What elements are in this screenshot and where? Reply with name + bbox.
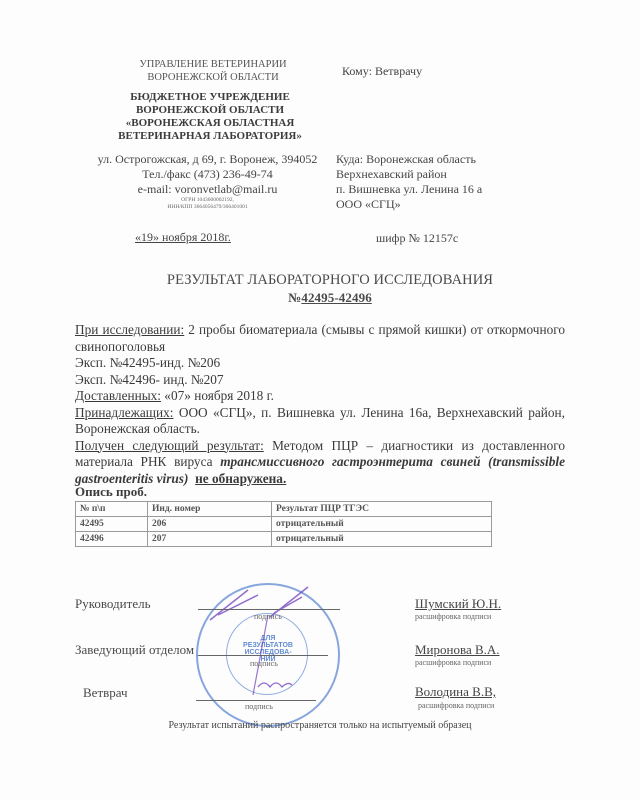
number-sign: № [288, 290, 301, 305]
sample-line: Эксп. №42495-инд. №206 [75, 355, 565, 372]
delivered-paragraph: Доставленных: «07» ноября 2018 г. [75, 388, 565, 405]
recipient-address-line: ООО «СГЦ» [336, 197, 482, 212]
table-cell: 42496 [76, 532, 148, 547]
title-number: №42495-42496 [100, 289, 560, 306]
virus-name-ru: трансмиссивного гастроэнтерита свиней [220, 454, 480, 469]
organization-name: БЮДЖЕТНОЕ УЧРЕЖДЕНИЕ ВОРОНЕЖСКОЙ ОБЛАСТИ… [70, 91, 350, 143]
signature-caption: подпись [254, 612, 282, 621]
result-paragraph: Получен следующий результат: Методом ПЦР… [75, 438, 565, 488]
delivered-label: Доставленных: [75, 388, 161, 403]
signer-name-hint: расшифровка подписи [415, 612, 491, 621]
table-cell: отрицательный [272, 532, 492, 547]
title-text: РЕЗУЛЬТАТ ЛАБОРАТОРНОГО ИССЛЕДОВАНИЯ [100, 272, 560, 289]
table-cell: 42495 [76, 517, 148, 532]
recipient-address-line: Куда: Воронежская область [336, 152, 482, 167]
signer-name-hint: расшифровка подписи [418, 701, 494, 710]
org-ogrn: ОГРН 1043600002192, [70, 197, 345, 204]
table-row: 42495 206 отрицательный [76, 517, 492, 532]
recipient-address-line: п. Вишневка ул. Ленина 16 а [336, 182, 482, 197]
signature-line [196, 700, 316, 701]
delivered-text: «07» ноября 2018 г. [161, 388, 274, 403]
signature-line [198, 609, 340, 610]
organization-contacts: ул. Острогожская, д 69, г. Воронеж, 3940… [70, 152, 345, 211]
signer-name: Шумский Ю.Н. [415, 596, 501, 612]
signature-role: Заведующий отделом [75, 642, 194, 658]
org-email: e-mail: voronvetlab@mail.ru [70, 182, 345, 197]
research-label: При исследовании: [75, 322, 184, 337]
table-cell: отрицательный [272, 517, 492, 532]
document-body: При исследовании: 2 пробы биоматериала (… [75, 322, 565, 487]
authority-line: ВОРОНЕЖСКОЙ ОБЛАСТИ [88, 71, 338, 84]
signer-name: Володина В.В, [415, 684, 496, 700]
research-number: 42495-42496 [301, 290, 371, 305]
table-header-row: № п\п Инд. номер Результат ПЦР ТГЭС [76, 502, 492, 517]
footer-note: Результат испытаний распространяется тол… [100, 720, 540, 731]
signer-name: Миронова В.А. [415, 642, 500, 658]
sample-line: Эксп. №42496- инд. №207 [75, 372, 565, 389]
result-label: Получен следующий результат: [75, 438, 264, 453]
signature-caption: подпись [250, 659, 278, 668]
org-line: ВЕТЕРИНАРНАЯ ЛАБОРАТОРИЯ» [70, 130, 350, 143]
authority-line: УПРАВЛЕНИЕ ВЕТЕРИНАРИИ [88, 58, 338, 71]
signature-role: Ветврач [83, 685, 128, 701]
signature-role: Руководитель [75, 596, 151, 612]
result-verdict: не обнаружена. [195, 471, 286, 486]
research-paragraph: При исследовании: 2 пробы биоматериала (… [75, 322, 565, 355]
org-line: ВОРОНЕЖСКОЙ ОБЛАСТИ [70, 104, 350, 117]
column-header: Инд. номер [148, 502, 272, 517]
org-inn: ИНН/КПП 3664056479/366401001 [70, 204, 345, 211]
org-line: «ВОРОНЕЖСКАЯ ОБЛАСТНАЯ [70, 117, 350, 130]
org-address: ул. Острогожская, д 69, г. Воронеж, 3940… [70, 152, 345, 167]
table-row: 42496 207 отрицательный [76, 532, 492, 547]
signature-line [198, 655, 328, 656]
column-header: № п\п [76, 502, 148, 517]
org-line: БЮДЖЕТНОЕ УЧРЕЖДЕНИЕ [70, 91, 350, 104]
recipient-address-line: Верхнехавский район [336, 167, 482, 182]
recipient-address: Куда: Воронежская область Верхнехавский … [336, 152, 482, 212]
owner-paragraph: Принадлежащих: ООО «СГЦ», п. Вишневка ул… [75, 405, 565, 438]
org-phone: Тел./факс (473) 236-49-74 [70, 167, 345, 182]
table-cell: 207 [148, 532, 272, 547]
signature-caption: подпись [245, 702, 273, 711]
owner-label: Принадлежащих: [75, 405, 173, 420]
column-header: Результат ПЦР ТГЭС [272, 502, 492, 517]
inventory-table: № п\п Инд. номер Результат ПЦР ТГЭС 4249… [75, 501, 492, 547]
inventory-title: Опись проб. [75, 484, 147, 500]
cipher-number: шифр № 12157с [376, 231, 458, 246]
signer-name-hint: расшифровка подписи [415, 658, 491, 667]
authority-name: УПРАВЛЕНИЕ ВЕТЕРИНАРИИ ВОРОНЕЖСКОЙ ОБЛАС… [88, 58, 338, 84]
document-title: РЕЗУЛЬТАТ ЛАБОРАТОРНОГО ИССЛЕДОВАНИЯ №42… [100, 272, 560, 306]
table-cell: 206 [148, 517, 272, 532]
recipient-to: Кому: Ветврачу [342, 64, 422, 79]
document-date: «19» ноября 2018г. [135, 230, 231, 245]
